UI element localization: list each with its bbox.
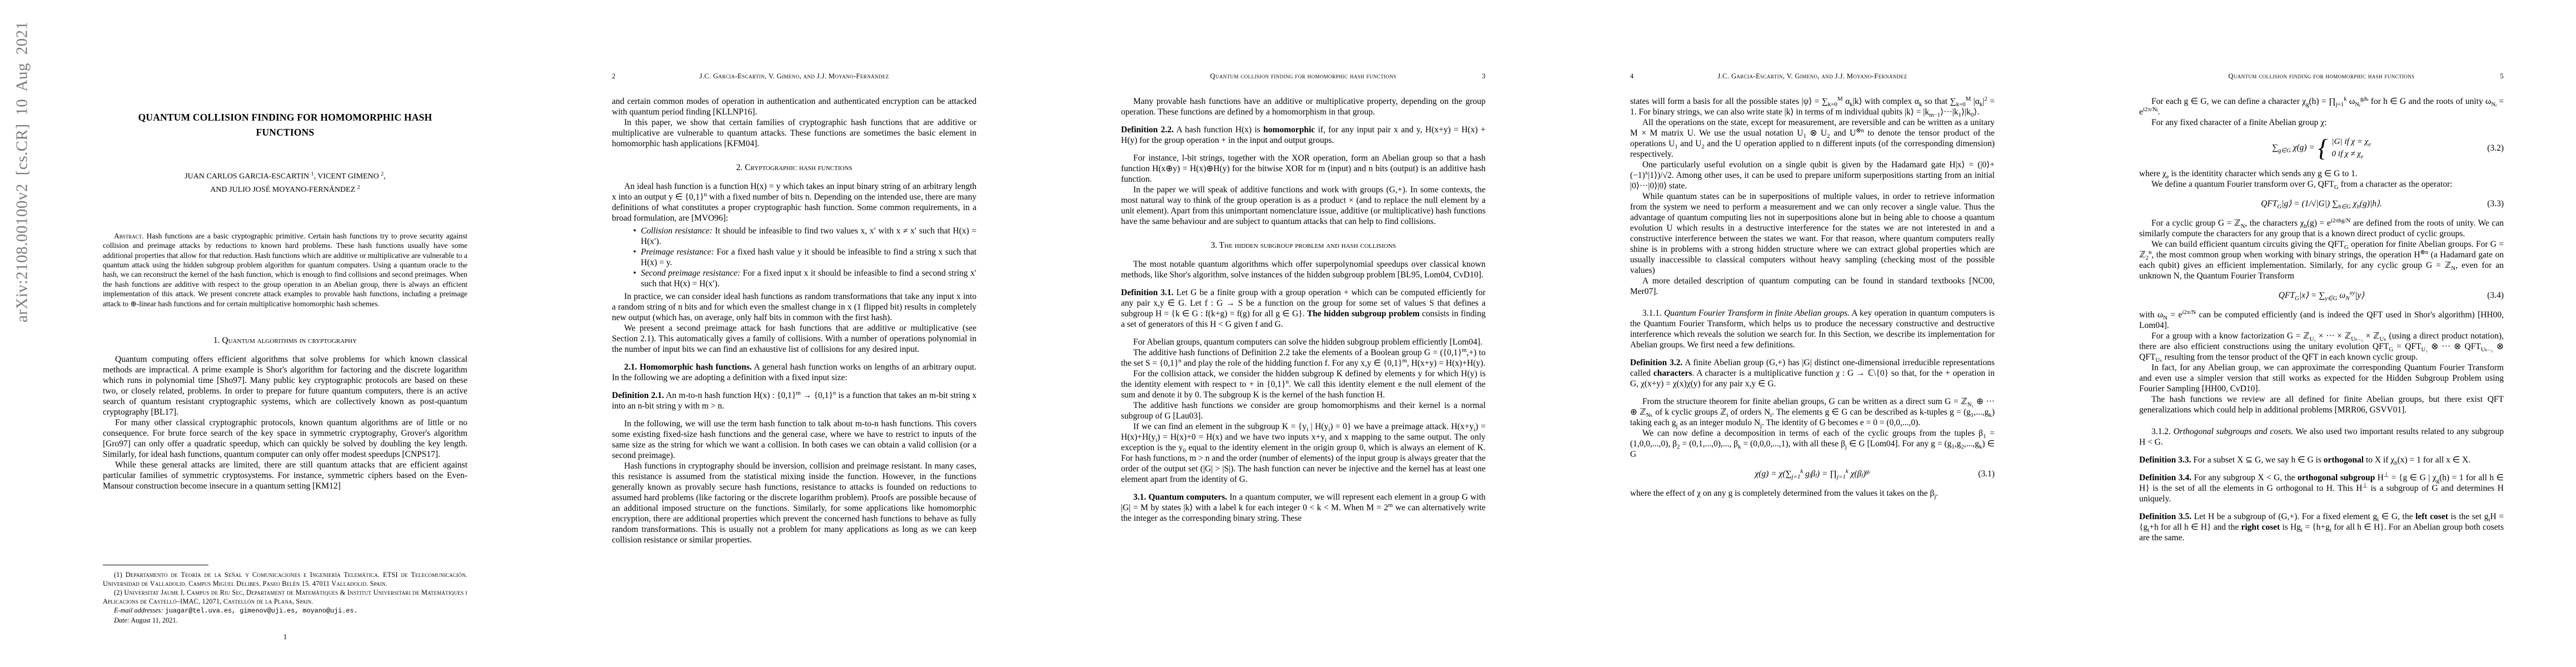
paper-spread: arXiv:2108.00100v2 [cs.CR] 10 Aug 2021 Q…: [0, 0, 2576, 667]
paragraph: We present a second preimage attack for …: [612, 323, 976, 355]
subsubsection-title: Orthogonal subgroups and cosets.: [2174, 427, 2294, 436]
definition-text: Let H be a subgroup of (G,+). For a fixe…: [2139, 512, 2504, 542]
bullet-item: •Preimage resistance: For a fixed hash v…: [629, 247, 976, 268]
page-body: QUANTUM COLLISION FINDING FOR HOMOMORPHI…: [103, 110, 467, 491]
equation-body: QFTG|x⟩ = ∑y∈G ωNxy|y⟩: [2165, 290, 2478, 301]
paragraph: The additive hash functions we consider …: [1121, 400, 1486, 421]
bullet-lead: Preimage resistance:: [641, 247, 714, 257]
paragraph: For any fixed character of a finite Abel…: [2139, 117, 2504, 128]
footnote-date-value: August 11, 2021.: [131, 616, 177, 624]
subsection-title: Homomorphic hash functions.: [640, 362, 752, 372]
subsection-title: Quantum computers.: [1148, 492, 1227, 502]
paragraph: A more detailed description of quantum c…: [1630, 276, 1995, 297]
paragraph: In practice, we can consider ideal hash …: [612, 291, 976, 323]
page-body: 2J.C. Garcia-Escartin, V. Gimeno, and J.…: [612, 71, 976, 545]
definition: Definition 3.5. Let H be a subgroup of (…: [2139, 511, 2504, 543]
paragraph: For a group with a know factorization G …: [2139, 331, 2504, 362]
definition: Definition 3.4. For any subgroup X < G, …: [2139, 472, 2504, 504]
footnote-area: (1) Departamento de Teoría de la Señal y…: [103, 565, 467, 641]
abstract-text: Hash functions are a basic cryptographic…: [103, 232, 467, 308]
definition-text: A finite Abelian group (G,+) has |G| dis…: [1630, 358, 1995, 389]
running-head-text: J.C. Garcia-Escartin, V. Gimeno, and J.J…: [1642, 71, 1982, 82]
footnote: (2) Universitat Jaume I, Campus de Riu S…: [103, 588, 467, 606]
equation-body: χ(g) = χ(∑j=1k gⱼβⱼ) = ∏j=1k χ(βⱼ)gⱼ: [1656, 469, 1969, 479]
paragraph: For the collision attack, we consider th…: [1121, 369, 1486, 400]
definition-label: Definition 3.4.: [2139, 473, 2191, 482]
running-head-page-number-left: 4: [1630, 71, 1642, 82]
definition-text: For any subgroup X < G, the orthogonal s…: [2139, 473, 2504, 504]
bullet-list: •Collision resistance: It should be infe…: [629, 226, 976, 289]
subsection-number: 2.1.: [624, 362, 637, 372]
equation: ∑g∈G χ(g) ={|G| if χ = χe0 if χ ≠ χe(3.2…: [2139, 137, 2504, 160]
running-head: 4J.C. Garcia-Escartin, V. Gimeno, and J.…: [1630, 71, 1995, 82]
equation-number: (3.3): [2478, 198, 2504, 209]
abstract: Abstract. Hash functions are a basic cry…: [103, 231, 467, 308]
subsubsection: 3.1.1. Quantum Fourier Transform in fini…: [1630, 308, 1995, 350]
subsection: 2.1. Homomorphic hash functions. A gener…: [612, 362, 976, 383]
paragraph: In this paper, we show that certain fami…: [612, 117, 976, 149]
definition-text: For a subset X ⊆ G, we say h ∈ G is orth…: [2193, 455, 2470, 465]
subsubsection-number: 3.1.2.: [2151, 427, 2171, 436]
definition: Definition 2.2. A hash function H(x) is …: [1121, 125, 1486, 146]
definition-label: Definition 2.1.: [612, 391, 664, 400]
paragraph: Many provable hash functions have an add…: [1121, 96, 1486, 117]
definition-label: Definition 3.2.: [1630, 358, 1682, 367]
paragraph: For Abelian groups, quantum computers ca…: [1121, 337, 1486, 347]
pages-row: QUANTUM COLLISION FINDING FOR HOMOMORPHI…: [31, 0, 2576, 667]
bullet-body: Preimage resistance: For a fixed hash va…: [641, 247, 976, 268]
paragraph: For a cyclic group G = ℤN, the character…: [2139, 218, 2504, 239]
definition: Definition 3.2. A finite Abelian group (…: [1630, 357, 1995, 389]
paragraph: We can now define a decomposition in ter…: [1630, 428, 1995, 460]
paragraph: The hash functions we review are all def…: [2139, 394, 2504, 415]
definition-label: Definition 2.2.: [1121, 125, 1174, 135]
running-head-page-number-right: [1982, 71, 1995, 82]
definition: Definition 3.1. Let G be a finite group …: [1121, 287, 1486, 330]
cases-group: {|G| if χ = χe0 if χ ≠ χe: [2318, 137, 2371, 160]
page-number: 1: [103, 633, 467, 641]
section-heading: 2. Cryptographic hash functions: [612, 162, 976, 173]
page-body: 4J.C. Garcia-Escartin, V. Gimeno, and J.…: [1630, 71, 1995, 499]
running-head-text: Quantum collision finding for homomorphi…: [2151, 71, 2492, 82]
page-5: Quantum collision finding for homomorphi…: [2067, 0, 2576, 667]
paragraph: If we can find an element in the subgrou…: [1121, 421, 1486, 485]
equation-lhs: ∑g∈G χ(g) =: [2272, 143, 2315, 152]
subsection-number: 3.1.: [1133, 492, 1146, 502]
definition-text: An m-to-n hash function H(x) : {0,1}m → …: [612, 391, 976, 411]
paragraph: The additive hash functions of Definitio…: [1121, 347, 1486, 369]
page-1: QUANTUM COLLISION FINDING FOR HOMOMORPHI…: [31, 0, 540, 667]
page-body: Quantum collision finding for homomorphi…: [1121, 71, 1486, 524]
equation: QFTG|g⟩ = (1/√|G|) ∑h∈G χh(g)|h⟩.(3.3): [2139, 198, 2504, 209]
subsubsection-number: 3.1.1.: [1642, 308, 1662, 318]
paragraph: For many other classical cryptographic p…: [103, 417, 467, 460]
paragraph: where the effect of χ on any g is comple…: [1630, 488, 1995, 499]
authors: JUAN CARLOS GARCIA-ESCARTIN 1, VICENT GI…: [103, 170, 467, 197]
paragraph: and certain common modes of operation in…: [612, 96, 976, 117]
running-head: Quantum collision finding for homomorphi…: [2139, 71, 2504, 82]
authors-line: JUAN CARLOS GARCIA-ESCARTIN 1, VICENT GI…: [103, 170, 467, 183]
footnote-date: Date: August 11, 2021.: [103, 616, 467, 625]
running-head-page-number-left: [2139, 71, 2151, 82]
paragraph: In the following, we will use the term h…: [612, 419, 976, 461]
case-stack: |G| if χ = χe0 if χ ≠ χe: [2332, 137, 2371, 160]
paragraph: where χe is the identitity character whi…: [2139, 168, 2504, 179]
bullet-body: Second preimage resistance: For a fixed …: [641, 268, 976, 289]
case-line: 0 if χ ≠ χe: [2332, 149, 2371, 160]
running-head-page-number-right: 5: [2492, 71, 2504, 82]
bullet-glyph: •: [629, 226, 641, 247]
running-head-page-number-left: [1121, 71, 1133, 82]
paragraph: An ideal hash function is a function H(x…: [612, 181, 976, 223]
footnote-date-label: Date:: [114, 616, 129, 624]
equation-number: (3.2): [2478, 143, 2504, 153]
paragraph: In the paper we will speak of additive f…: [1121, 185, 1486, 227]
bullet-lead: Second preimage resistance:: [641, 268, 740, 278]
subsection: 3.1. Quantum computers. In a quantum com…: [1121, 492, 1486, 524]
equation-number: (3.1): [1969, 469, 1995, 479]
bullet-body: Collision resistance: It should be infea…: [641, 226, 976, 247]
running-head-page-number-right: [964, 71, 976, 82]
running-head: Quantum collision finding for homomorphi…: [1121, 71, 1486, 82]
paragraph: While these general attacks are limited,…: [103, 460, 467, 491]
page-3: Quantum collision finding for homomorphi…: [1049, 0, 1558, 667]
case-line: |G| if χ = χe: [2332, 137, 2371, 147]
section-heading: 1. Quantum algorithms in cryptography: [103, 335, 467, 346]
footnote-rule: [103, 565, 208, 565]
equation: QFTG|x⟩ = ∑y∈G ωNxy|y⟩(3.4): [2139, 290, 2504, 301]
bullet-item: •Collision resistance: It should be infe…: [629, 226, 976, 247]
section-heading: 3. The hidden subgroup problem and hash …: [1121, 240, 1486, 251]
paragraph: From the structure theorem for finite ab…: [1630, 396, 1995, 428]
paragraph: For each g ∈ G, we can define a characte…: [2139, 96, 2504, 117]
paragraph: Quantum computing offers efficient algor…: [103, 354, 467, 417]
page-body: Quantum collision finding for homomorphi…: [2139, 71, 2504, 543]
bullet-glyph: •: [629, 268, 641, 289]
footnote-email-addresses: juagar@tel.uva.es, gimenov@uji.es, moyan…: [165, 607, 358, 615]
footnote-email: E-mail addresses: juagar@tel.uva.es, gim…: [103, 606, 467, 615]
left-brace: {: [2318, 137, 2328, 160]
subsubsection: 3.1.2. Orthogonal subgroups and cosets. …: [2139, 426, 2504, 447]
bullet-lead: Collision resistance:: [641, 226, 712, 236]
page-4: 4J.C. Garcia-Escartin, V. Gimeno, and J.…: [1558, 0, 2067, 667]
paragraph: We can build efficient quantum circuits …: [2139, 239, 2504, 281]
paragraph: For instance, l-bit strings, together wi…: [1121, 153, 1486, 185]
equation-body: QFTG|g⟩ = (1/√|G|) ∑h∈G χh(g)|h⟩.: [2165, 198, 2478, 209]
authors-line: AND JULIO JOSÉ MOYANO-FERNÁNDEZ 2: [103, 183, 467, 197]
paper-title: QUANTUM COLLISION FINDING FOR HOMOMORPHI…: [124, 110, 446, 140]
page-2: 2J.C. Garcia-Escartin, V. Gimeno, and J.…: [540, 0, 1049, 667]
subsubsection-title: Quantum Fourier Transform in finite Abel…: [1664, 308, 1850, 318]
paragraph: We define a quantum Fourier transform ov…: [2139, 179, 2504, 190]
definition-text: A hash function H(x) is homomorphic if, …: [1121, 125, 1486, 145]
equation-number: (3.4): [2478, 290, 2504, 301]
footnote-email-label: E-mail addresses:: [114, 606, 163, 614]
definition-label: Definition 3.5.: [2139, 512, 2191, 521]
definition-label: Definition 3.1.: [1121, 288, 1174, 297]
abstract-label: Abstract.: [114, 232, 144, 240]
definition: Definition 3.3. For a subset X ⊆ G, we s…: [2139, 455, 2504, 465]
bullet-item: •Second preimage resistance: For a fixed…: [629, 268, 976, 289]
paragraph: states will form a basis for all the pos…: [1630, 96, 1995, 117]
running-head-page-number-left: 2: [612, 71, 624, 82]
running-head-page-number-right: 3: [1473, 71, 1486, 82]
paragraph: All the operations on the state, except …: [1630, 117, 1995, 160]
paragraph: Hash functions in cryptography should be…: [612, 461, 976, 545]
running-head-text: J.C. Garcia-Escartin, V. Gimeno, and J.J…: [624, 71, 964, 82]
paragraph: The most notable quantum algorithms whic…: [1121, 259, 1486, 280]
running-head: 2J.C. Garcia-Escartin, V. Gimeno, and J.…: [612, 71, 976, 82]
definition-label: Definition 3.3.: [2139, 455, 2191, 465]
bullet-glyph: •: [629, 247, 641, 268]
equation: χ(g) = χ(∑j=1k gⱼβⱼ) = ∏j=1k χ(βⱼ)gⱼ(3.1…: [1630, 469, 1995, 479]
paragraph: One particularly useful evolution on a s…: [1630, 160, 1995, 191]
paragraph: While quantum states can be in superposi…: [1630, 191, 1995, 276]
definition-text: Let G be a finite group with a group ope…: [1121, 288, 1486, 329]
equation-body: ∑g∈G χ(g) ={|G| if χ = χe0 if χ ≠ χe: [2165, 137, 2478, 160]
running-head-text: Quantum collision finding for homomorphi…: [1133, 71, 1473, 82]
footnote: (1) Departamento de Teoría de la Señal y…: [103, 570, 467, 588]
paragraph: In fact, for any Abelian group, we can a…: [2139, 362, 2504, 394]
paragraph: with ωN = ei2π/N can be computed efficie…: [2139, 310, 2504, 331]
definition: Definition 2.1. An m-to-n hash function …: [612, 390, 976, 411]
